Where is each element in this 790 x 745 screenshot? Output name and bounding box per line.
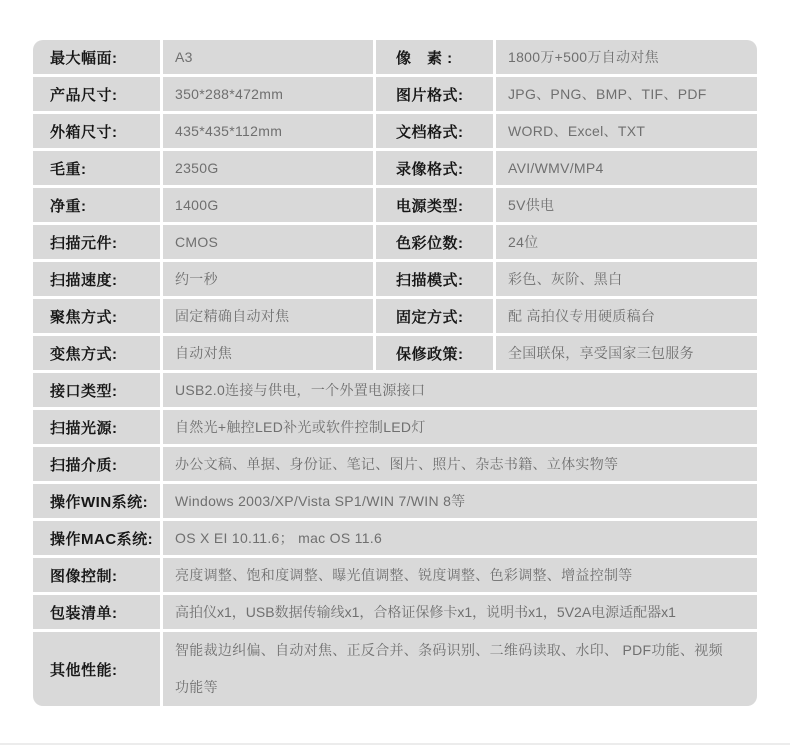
spec-value: JPG、PNG、BMP、TIF、PDF — [496, 77, 757, 111]
spec-label: 扫描元件: — [33, 225, 160, 259]
spec-value: 配 高拍仪专用硬质稿台 — [496, 299, 757, 333]
spec-label: 其他性能: — [33, 632, 160, 706]
spec-value: 350*288*472mm — [163, 77, 373, 111]
spec-value: 彩色、灰阶、黑白 — [496, 262, 757, 296]
spec-label: 像 素 : — [376, 40, 493, 74]
spec-value: 5V供电 — [496, 188, 757, 222]
spec-label: 固定方式: — [376, 299, 493, 333]
spec-value: 办公文稿、单据、身份证、笔记、图片、照片、杂志书籍、立体实物等 — [163, 447, 757, 481]
spec-value: AVI/WMV/MP4 — [496, 151, 757, 185]
spec-label: 扫描速度: — [33, 262, 160, 296]
spec-label: 接口类型: — [33, 373, 160, 407]
spec-label: 毛重: — [33, 151, 160, 185]
spec-label: 变焦方式: — [33, 336, 160, 370]
spec-label: 聚焦方式: — [33, 299, 160, 333]
spec-label: 操作WIN系统: — [33, 484, 160, 518]
spec-value: 亮度调整、饱和度调整、曝光值调整、锐度调整、色彩调整、增益控制等 — [163, 558, 757, 592]
spec-label: 录像格式: — [376, 151, 493, 185]
spec-value: 1400G — [163, 188, 373, 222]
spec-label: 扫描介质: — [33, 447, 160, 481]
spec-value: 固定精确自动对焦 — [163, 299, 373, 333]
spec-value: 自动对焦 — [163, 336, 373, 370]
spec-value: 24位 — [496, 225, 757, 259]
spec-value: A3 — [163, 40, 373, 74]
spec-value: 智能裁边纠偏、自动对焦、正反合并、条码识别、二维码读取、水印、 PDF功能、视频… — [163, 632, 757, 706]
spec-label: 产品尺寸: — [33, 77, 160, 111]
spec-value: WORD、Excel、TXT — [496, 114, 757, 148]
spec-label: 保修政策: — [376, 336, 493, 370]
spec-value: 自然光+触控LED补光或软件控制LED灯 — [163, 410, 757, 444]
spec-label: 色彩位数: — [376, 225, 493, 259]
spec-label: 扫描模式: — [376, 262, 493, 296]
spec-label: 文档格式: — [376, 114, 493, 148]
spec-value: 2350G — [163, 151, 373, 185]
product-spec-table: 最大幅面: A3 像 素 : 1800万+500万自动对焦 产品尺寸: 350*… — [33, 40, 757, 706]
spec-label: 净重: — [33, 188, 160, 222]
spec-value: Windows 2003/XP/Vista SP1/WIN 7/WIN 8等 — [163, 484, 757, 518]
spec-label: 图片格式: — [376, 77, 493, 111]
spec-label: 最大幅面: — [33, 40, 160, 74]
spec-value: 435*435*112mm — [163, 114, 373, 148]
spec-label: 包装清单: — [33, 595, 160, 629]
spec-value: USB2.0连接与供电，一个外置电源接口 — [163, 373, 757, 407]
spec-value: OS X EI 10.11.6； mac OS 11.6 — [163, 521, 757, 555]
spec-label: 外箱尺寸: — [33, 114, 160, 148]
spec-label: 电源类型: — [376, 188, 493, 222]
spec-value: 约一秒 — [163, 262, 373, 296]
spec-value: CMOS — [163, 225, 373, 259]
spec-label: 扫描光源: — [33, 410, 160, 444]
spec-label: 图像控制: — [33, 558, 160, 592]
spec-label: 操作MAC系统: — [33, 521, 160, 555]
spec-value: 1800万+500万自动对焦 — [496, 40, 757, 74]
spec-value: 全国联保，享受国家三包服务 — [496, 336, 757, 370]
spec-value: 高拍仪x1，USB数据传输线x1，合格证保修卡x1，说明书x1，5V2A电源适配… — [163, 595, 757, 629]
